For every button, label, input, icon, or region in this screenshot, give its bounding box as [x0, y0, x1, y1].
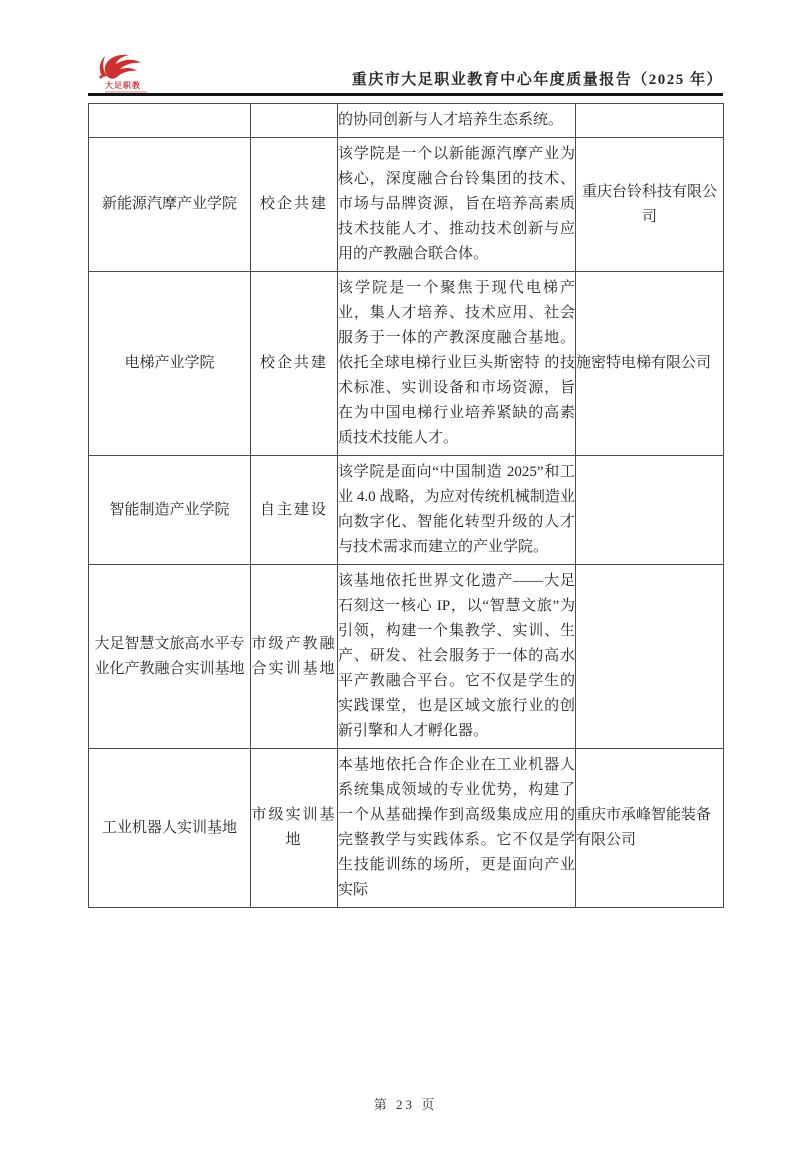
logo-text: 大足职教	[105, 80, 141, 91]
company-cell	[576, 565, 724, 749]
college-name-cell: 电梯产业学院	[89, 272, 251, 456]
build-mode-cell: 校企共建	[251, 138, 338, 272]
build-mode-cell: 自主建设	[251, 456, 338, 565]
phoenix-logo-icon	[92, 50, 148, 80]
college-name-cell	[89, 104, 251, 138]
school-logo: 大足职教	[92, 50, 156, 98]
company-cell: 重庆市承峰智能装备有限公司	[576, 749, 724, 908]
partner-table-body: 的协同创新与人才培养生态系统。新能源汽摩产业学院校企共建该学院是一个以新能源汽摩…	[89, 104, 724, 908]
college-name-cell: 大足智慧文旅高水平专业化产教融合实训基地	[89, 565, 251, 749]
college-name-cell: 工业机器人实训基地	[89, 749, 251, 908]
header-divider	[88, 93, 723, 96]
table-row: 新能源汽摩产业学院校企共建该学院是一个以新能源汽摩产业为核心，深度融合台铃集团的…	[89, 138, 724, 272]
build-mode-cell: 市级产教融合实训基地	[251, 565, 338, 749]
company-cell	[576, 456, 724, 565]
report-title: 重庆市大足职业教育中心年度质量报告（2025 年）	[352, 68, 723, 89]
build-mode-cell: 校企共建	[251, 272, 338, 456]
table-row: 智能制造产业学院自主建设该学院是面向“中国制造 2025”和工业 4.0 战略，…	[89, 456, 724, 565]
build-mode-cell: 市级实训基地	[251, 749, 338, 908]
description-cell: 的协同创新与人才培养生态系统。	[338, 104, 576, 138]
description-cell: 本基地依托合作企业在工业机器人系统集成领域的专业优势，构建了一个从基础操作到高级…	[338, 749, 576, 908]
college-name-cell: 新能源汽摩产业学院	[89, 138, 251, 272]
table-row: 大足智慧文旅高水平专业化产教融合实训基地市级产教融合实训基地该基地依托世界文化遗…	[89, 565, 724, 749]
industry-college-table: 的协同创新与人才培养生态系统。新能源汽摩产业学院校企共建该学院是一个以新能源汽摩…	[88, 103, 724, 908]
document-page: 大足职教 重庆市大足职业教育中心年度质量报告（2025 年） 的协同创新与人才培…	[0, 0, 811, 1158]
description-cell: 该基地依托世界文化遗产——大足石刻这一核心 IP，以“智慧文旅”为引领，构建一个…	[338, 565, 576, 749]
table-row: 的协同创新与人才培养生态系统。	[89, 104, 724, 138]
college-name-cell: 智能制造产业学院	[89, 456, 251, 565]
company-cell: 施密特电梯有限公司	[576, 272, 724, 456]
table-row: 工业机器人实训基地市级实训基地本基地依托合作企业在工业机器人系统集成领域的专业优…	[89, 749, 724, 908]
company-cell	[576, 104, 724, 138]
build-mode-cell	[251, 104, 338, 138]
table-row: 电梯产业学院校企共建该学院是一个聚焦于现代电梯产业，集人才培养、技术应用、社会服…	[89, 272, 724, 456]
company-cell: 重庆台铃科技有限公司	[576, 138, 724, 272]
description-cell: 该学院是一个以新能源汽摩产业为核心，深度融合台铃集团的技术、市场与品牌资源，旨在…	[338, 138, 576, 272]
page-number: 第 23 页	[0, 1094, 811, 1113]
description-cell: 该学院是一个聚焦于现代电梯产业，集人才培养、技术应用、社会服务于一体的产教深度融…	[338, 272, 576, 456]
description-cell: 该学院是面向“中国制造 2025”和工业 4.0 战略，为应对传统机械制造业向数…	[338, 456, 576, 565]
